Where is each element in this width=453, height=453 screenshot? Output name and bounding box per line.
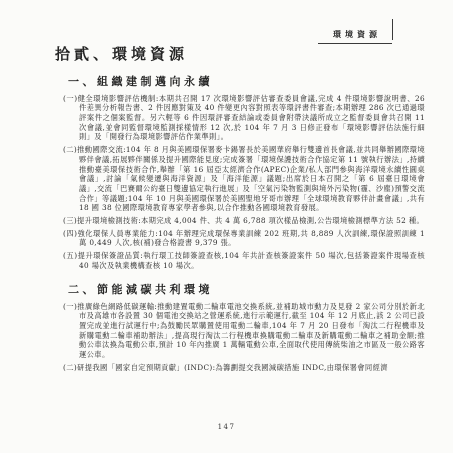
item-text: 提升環保簽證品質:執行環工技師簽證查核,104 年共計查核簽證案件 50 場次,… — [77, 251, 425, 270]
page-number: 147 — [0, 423, 453, 431]
header-corner-rule — [392, 19, 393, 40]
header-section-label: 環境資源 — [329, 29, 381, 43]
item-text: 提升環境檢測技術:本期完成 4,004 件、共 4 萬 6,788 項次樣品檢測… — [77, 216, 424, 225]
item-text: 健全環境影響評估機制:本期共召開 17 次環境影響評估審查委員會議,完成 4 件… — [77, 94, 425, 142]
item-text: 推廣綠色網路低碳運輸:推動建置電動二輪車電池交換系統,並補助城市動力及見發 2 … — [77, 302, 425, 360]
item-text: 推動國際交流:104 年 8 月與美國環保署麥卡錫署長於美國華府舉行雙邊首長會議… — [77, 145, 425, 212]
item-marker: (一) — [63, 302, 77, 311]
item-marker: (三) — [63, 216, 77, 225]
page-header: 環境資源 — [318, 22, 392, 44]
list-item: (三)提升環境檢測技術:本期完成 4,004 件、共 4 萬 6,788 項次樣… — [63, 216, 425, 226]
list-item: (五)提升環保簽證品質:執行環工技師簽證查核,104 年共計查核簽證案件 50 … — [63, 251, 425, 270]
section-2-heading: 二、節能減碳共利環境 — [68, 284, 425, 296]
list-item: (四)強化環保人員專業能力:104 年辦理完成環保專業訓練 202 班期,共 8… — [63, 229, 425, 248]
item-text: 強化環保人員專業能力:104 年辦理完成環保專業訓練 202 班期,共 8,88… — [77, 229, 425, 248]
list-item: (一)推廣綠色網路低碳運輸:推動建置電動二輪車電池交換系統,並補助城市動力及見發… — [63, 302, 425, 360]
section-organization: 一、組織建制邁向永續 (一)健全環境影響評估機制:本期共召開 17 次環境影響評… — [55, 76, 425, 271]
item-marker: (四) — [63, 229, 77, 238]
item-text: 研提我國「國家自定預期貢獻」(INDC):為籌劃提交我國減碳措施 INDC,由環… — [77, 363, 388, 372]
section-1-heading: 一、組織建制邁向永續 — [68, 76, 425, 88]
document-page: 環境資源 拾貳、環境資源 一、組織建制邁向永續 (一)健全環境影響評估機制:本期… — [0, 0, 453, 453]
item-marker: (二) — [63, 363, 77, 372]
list-item: (一)健全環境影響評估機制:本期共召開 17 次環境影響評估審查委員會議,完成 … — [63, 94, 425, 143]
list-item: (二)推動國際交流:104 年 8 月與美國環保署麥卡錫署長於美國華府舉行雙邊首… — [63, 145, 425, 213]
item-marker: (一) — [63, 94, 77, 103]
section-energy-carbon: 二、節能減碳共利環境 (一)推廣綠色網路低碳運輸:推動建置電動二輪車電池交換系統… — [55, 284, 425, 373]
list-item: (二)研提我國「國家自定預期貢獻」(INDC):為籌劃提交我國減碳措施 INDC… — [63, 363, 425, 373]
item-marker: (二) — [63, 145, 77, 154]
item-marker: (五) — [63, 251, 77, 260]
